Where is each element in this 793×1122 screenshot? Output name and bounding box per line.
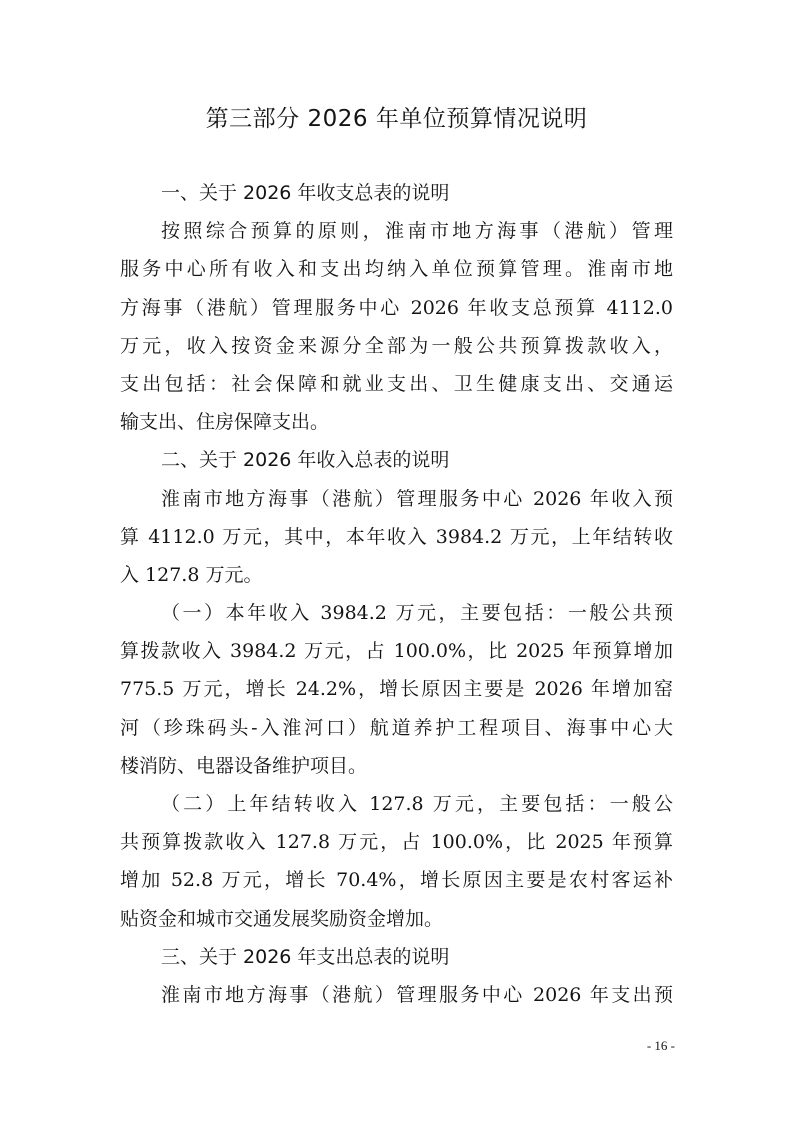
paragraph-line: 淮南市地方海事（港航）管理服务中心 2026 年支出预 [120, 976, 673, 1014]
paragraph-line: 服务中心所有收入和支出均纳入单位预算管理。淮南市地 [120, 250, 673, 288]
paragraph-line: 算 4112.0 万元，其中，本年收入 3984.2 万元，上年结转收 [120, 518, 673, 556]
document-body: 一、关于 2026 年收支总表的说明 按照综合预算的原则，淮南市地方海事（港航）… [120, 174, 673, 1014]
paragraph-line: 支出包括：社会保障和就业支出、卫生健康支出、交通运 [120, 365, 673, 403]
section-heading-2: 二、关于 2026 年收入总表的说明 [120, 441, 673, 479]
paragraph-line: 淮南市地方海事（港航）管理服务中心 2026 年收入预 [120, 480, 673, 518]
paragraph-line: 楼消防、电器设备维护项目。 [120, 747, 673, 785]
paragraph-line: （一）本年收入 3984.2 万元，主要包括：一般公共预 [120, 594, 673, 632]
section-heading-1: 一、关于 2026 年收支总表的说明 [120, 174, 673, 212]
paragraph-line: 输支出、住房保障支出。 [120, 403, 673, 441]
paragraph-line: 贴资金和城市交通发展奖励资金增加。 [120, 900, 673, 938]
paragraph-line: 方海事（港航）管理服务中心 2026 年收支总预算 4112.0 [120, 289, 673, 327]
paragraph-line: 河（珍珠码头-入淮河口）航道养护工程项目、海事中心大 [120, 709, 673, 747]
paragraph-line: 万元，收入按资金来源分全部为一般公共预算拨款收入， [120, 327, 673, 365]
paragraph-line: 入 127.8 万元。 [120, 556, 673, 594]
paragraph-line: 775.5 万元，增长 24.2%，增长原因主要是 2026 年增加窑 [120, 670, 673, 708]
page-number: - 16 - [647, 1037, 675, 1055]
paragraph-line: 增加 52.8 万元，增长 70.4%，增长原因主要是农村客运补 [120, 861, 673, 899]
paragraph-line: 算拨款收入 3984.2 万元，占 100.0%，比 2025 年预算增加 [120, 632, 673, 670]
section-heading-3: 三、关于 2026 年支出总表的说明 [120, 938, 673, 976]
paragraph-line: 按照综合预算的原则，淮南市地方海事（港航）管理 [120, 212, 673, 250]
page-title: 第三部分 2026 年单位预算情况说明 [0, 99, 793, 139]
paragraph-line: 共预算拨款收入 127.8 万元，占 100.0%，比 2025 年预算 [120, 823, 673, 861]
paragraph-line: （二）上年结转收入 127.8 万元，主要包括：一般公 [120, 785, 673, 823]
